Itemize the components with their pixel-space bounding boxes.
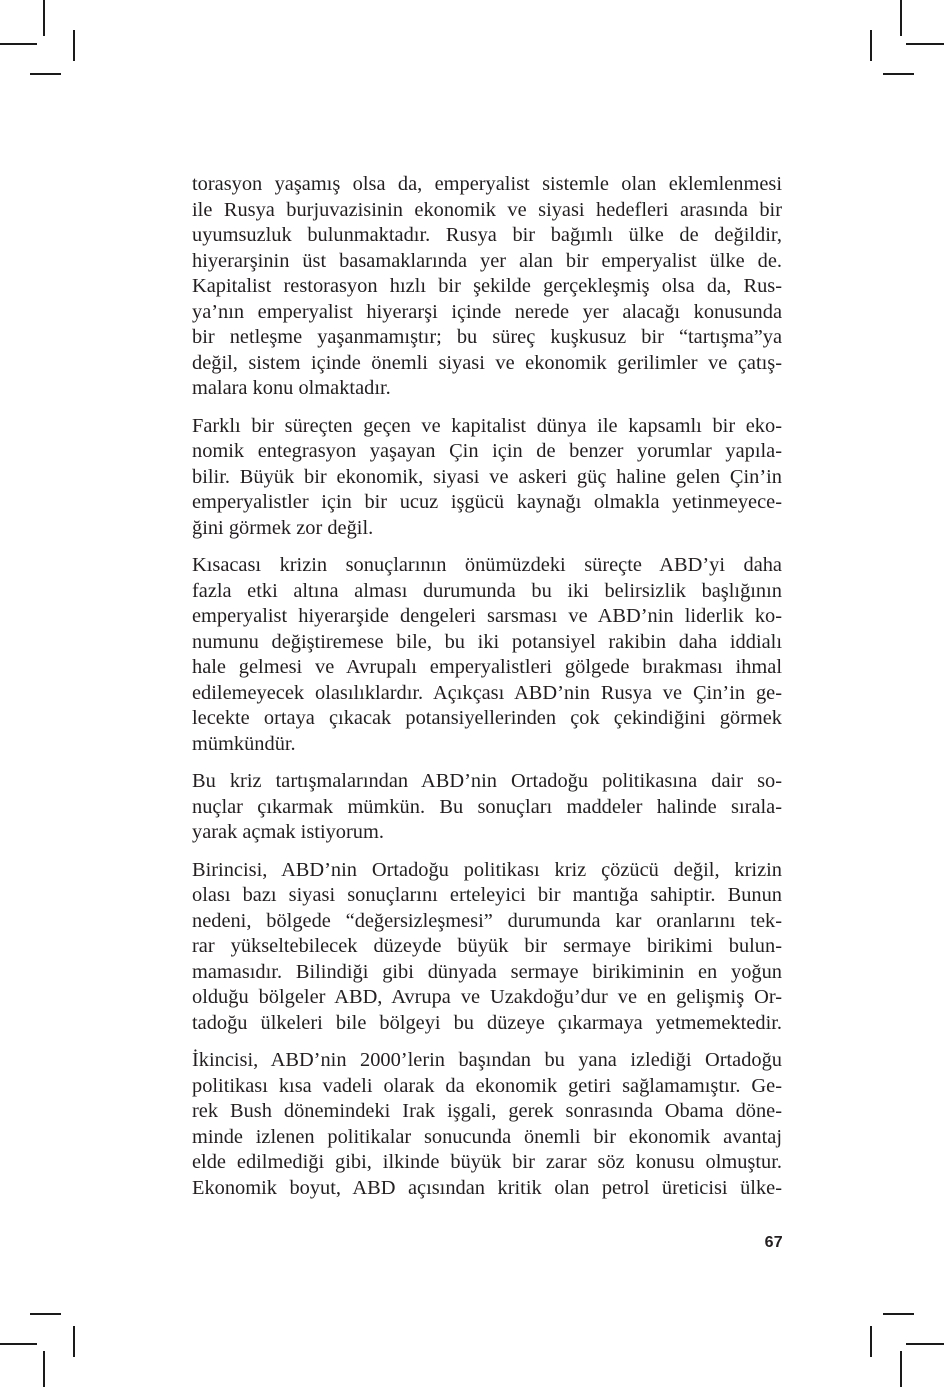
text-line: nomik entegrasyon yaşayan Çin için de be… xyxy=(192,439,782,465)
text-line: numunu değiştiremese bile, bu iki potans… xyxy=(192,630,782,656)
text-line: lecekte ortaya çıkacak potansiyellerinde… xyxy=(192,706,782,732)
text-line: bilir. Büyük bir ekonomik, siyasi ve ask… xyxy=(192,465,782,491)
paragraph: Bu kriz tartışmalarından ABD’nin Ortadoğ… xyxy=(192,769,782,846)
crop-mark xyxy=(0,1343,37,1345)
text-line: uyumsuzluk bulunmaktadır. Rusya bir bağı… xyxy=(192,223,782,249)
crop-mark xyxy=(900,1351,902,1387)
crop-mark xyxy=(43,0,45,36)
text-line: elde edilmediği gibi, ilkinde büyük bir … xyxy=(192,1150,782,1176)
text-line: mamasıdır. Bilindiği gibi dünyada sermay… xyxy=(192,960,782,986)
crop-mark xyxy=(30,73,61,75)
text-line: emperyalist hiyerarşide dengeleri sarsma… xyxy=(192,604,782,630)
text-line: Birincisi, ABD’nin Ortadoğu politikası k… xyxy=(192,858,782,884)
page-number: 67 xyxy=(757,1234,783,1252)
text-line: yarak açmak istiyorum. xyxy=(192,820,782,846)
text-line: malara konu olmaktadır. xyxy=(192,376,782,402)
crop-mark xyxy=(906,43,944,45)
text-line: olduğu bölgeler ABD, Avrupa ve Uzakdoğu’… xyxy=(192,985,782,1011)
text-line: olası bazı siyasi sonuçlarını erteleyici… xyxy=(192,883,782,909)
text-line: mümkündür. xyxy=(192,732,782,758)
text-line: rar yükseltebilecek düzeyde büyük bir se… xyxy=(192,934,782,960)
crop-mark xyxy=(73,1326,75,1357)
text-line: Bu kriz tartışmalarından ABD’nin Ortadoğ… xyxy=(192,769,782,795)
text-line: değil, sistem içinde önemli siyasi ve ek… xyxy=(192,351,782,377)
paragraph: Farklı bir süreçten geçen ve kapitalist … xyxy=(192,414,782,542)
crop-mark xyxy=(0,43,37,45)
text-line: Ekonomik boyut, ABD açısından kritik ola… xyxy=(192,1176,782,1202)
crop-mark xyxy=(43,1351,45,1387)
paragraph: torasyon yaşamış olsa da, emperyalist si… xyxy=(192,172,782,402)
text-line: rek Bush dönemindeki Irak işgali, gerek … xyxy=(192,1099,782,1125)
text-line: Farklı bir süreçten geçen ve kapitalist … xyxy=(192,414,782,440)
text-line: tadoğu ülkeleri bile bölgeyi bu düzeye ç… xyxy=(192,1011,782,1037)
text-line: torasyon yaşamış olsa da, emperyalist si… xyxy=(192,172,782,198)
paragraph: Birincisi, ABD’nin Ortadoğu politikası k… xyxy=(192,858,782,1037)
text-line: hiyerarşinin üst basamaklarında yer alan… xyxy=(192,249,782,275)
text-line: edilemeyecek olasılıklardır. Açıkçası AB… xyxy=(192,681,782,707)
crop-mark xyxy=(870,1326,872,1357)
crop-mark xyxy=(73,30,75,61)
text-line: ğini görmek zor değil. xyxy=(192,516,782,542)
crop-mark xyxy=(883,73,914,75)
text-line: nedeni, bölgede “değersizleşmesi” durumu… xyxy=(192,909,782,935)
paragraph: İkincisi, ABD’nin 2000’lerin başından bu… xyxy=(192,1048,782,1201)
body-text: torasyon yaşamış olsa da, emperyalist si… xyxy=(192,172,782,1213)
text-line: politikası kısa vadeli olarak da ekonomi… xyxy=(192,1074,782,1100)
text-line: bir netleşme yaşanmamıştır; bu süreç kuş… xyxy=(192,325,782,351)
text-line: hale gelmesi ve Avrupalı emperyalistleri… xyxy=(192,655,782,681)
text-line: ile Rusya burjuvazisinin ekonomik ve siy… xyxy=(192,198,782,224)
text-line: minde izlenen politikalar sonucunda önem… xyxy=(192,1125,782,1151)
text-line: Kısacası krizin sonuçlarının önümüzdeki … xyxy=(192,553,782,579)
crop-mark xyxy=(883,1313,914,1315)
crop-mark xyxy=(906,1343,944,1345)
text-line: İkincisi, ABD’nin 2000’lerin başından bu… xyxy=(192,1048,782,1074)
crop-mark xyxy=(870,30,872,61)
crop-mark xyxy=(900,0,902,36)
text-line: emperyalistler için bir ucuz işgücü kayn… xyxy=(192,490,782,516)
paragraph: Kısacası krizin sonuçlarının önümüzdeki … xyxy=(192,553,782,757)
text-line: fazla etki altına alması durumunda bu ik… xyxy=(192,579,782,605)
text-line: Kapitalist restorasyon hızlı bir şekilde… xyxy=(192,274,782,300)
crop-mark xyxy=(30,1313,61,1315)
text-line: nuçlar çıkarmak mümkün. Bu sonuçları mad… xyxy=(192,795,782,821)
text-line: ya’nın emperyalist hiyerarşi içinde nere… xyxy=(192,300,782,326)
